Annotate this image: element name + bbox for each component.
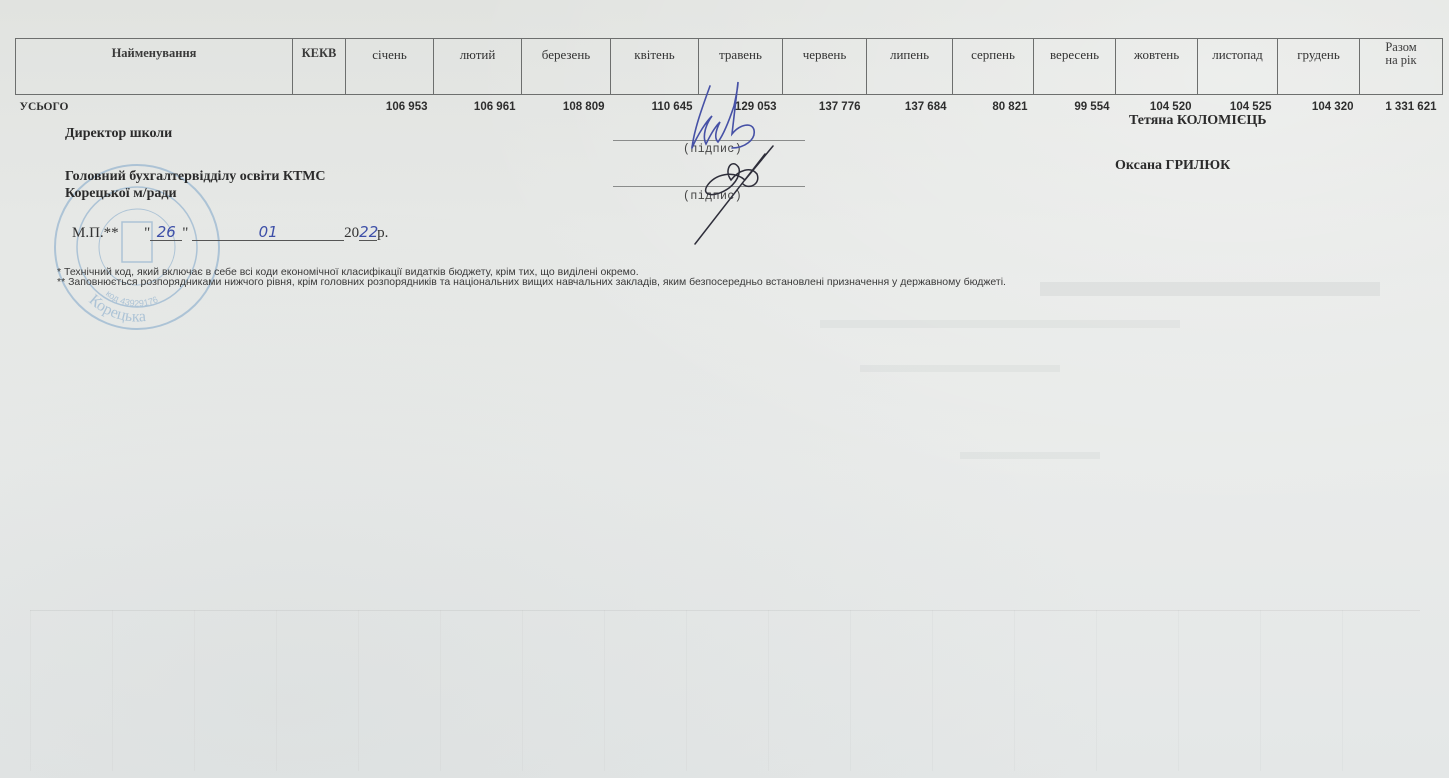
cell-july: 137 684 xyxy=(867,95,953,116)
year-prefix: 20 xyxy=(344,225,359,241)
header-month: березень xyxy=(522,39,611,95)
show-through-table xyxy=(30,610,1420,771)
header-month: травень xyxy=(699,39,783,95)
header-month: жовтень xyxy=(1116,39,1198,95)
svg-text:Корецька: Корецька xyxy=(85,291,146,325)
footnote-2: ** Заповнюється розпорядниками нижчого р… xyxy=(57,276,1006,288)
table-header-row: Найменування КЕКВ січень лютий березень … xyxy=(16,39,1443,95)
seal-label: М.П.** xyxy=(72,225,119,241)
director-signature-caption: (підпис) xyxy=(683,143,742,156)
cell-december: 104 320 xyxy=(1278,95,1360,116)
row-kekv xyxy=(293,95,346,116)
cell-april: 110 645 xyxy=(611,95,699,116)
year-end: р. xyxy=(377,225,388,241)
cell-march: 108 809 xyxy=(522,95,611,116)
director-signature-line xyxy=(613,140,805,141)
quote-close: " xyxy=(182,225,188,241)
accountant-role: Головний бухгалтервідділу освіти КТМС Ко… xyxy=(65,168,326,202)
header-month: лютий xyxy=(434,39,522,95)
stamp-text: Корецька xyxy=(85,291,146,325)
header-month: червень xyxy=(783,39,867,95)
budget-table: Найменування КЕКВ січень лютий березень … xyxy=(15,38,1443,115)
header-month: грудень xyxy=(1278,39,1360,95)
accountant-signature-caption: (підпис) xyxy=(683,190,742,203)
show-through-line xyxy=(860,365,1060,372)
header-month: січень xyxy=(346,39,434,95)
show-through-line xyxy=(960,452,1100,459)
header-month: липень xyxy=(867,39,953,95)
header-total-line2: на рік xyxy=(1385,53,1416,67)
header-month: вересень xyxy=(1034,39,1116,95)
date-day: 26 xyxy=(150,224,182,241)
cell-june: 137 776 xyxy=(783,95,867,116)
cell-september: 99 554 xyxy=(1034,95,1116,116)
cell-october: 104 520 xyxy=(1116,95,1198,116)
accountant-role-line1: Головний бухгалтервідділу освіти КТМС xyxy=(65,169,326,184)
director-role: Директор школи xyxy=(65,125,172,142)
accountant-role-line2: Корецької м/ради xyxy=(65,186,177,201)
row-label: УСЬОГО xyxy=(16,95,293,116)
cell-year-total: 1 331 621 xyxy=(1360,95,1443,116)
table-row-total: УСЬОГО 106 953 106 961 108 809 110 645 1… xyxy=(16,95,1443,116)
cell-november: 104 525 xyxy=(1198,95,1278,116)
header-month: серпень xyxy=(953,39,1034,95)
cell-august: 80 821 xyxy=(953,95,1034,116)
accountant-name: Оксана ГРИЛЮК xyxy=(1115,158,1230,174)
header-name: Найменування xyxy=(16,39,293,95)
header-total: Разом на рік xyxy=(1360,39,1443,95)
show-through-line xyxy=(820,320,1180,328)
header-month: листопад xyxy=(1198,39,1278,95)
date-year: 22 xyxy=(359,224,377,241)
date-row: М.П.** "26" 012022р. xyxy=(72,224,388,242)
stamp-code: код 43929176 xyxy=(104,288,159,308)
svg-text:код 43929176: код 43929176 xyxy=(104,288,159,308)
cell-january: 106 953 xyxy=(346,95,434,116)
cell-may: 129 053 xyxy=(699,95,783,116)
cell-february: 106 961 xyxy=(434,95,522,116)
show-through-heading xyxy=(1040,282,1380,296)
accountant-signature-line xyxy=(613,186,805,187)
date-month: 01 xyxy=(192,224,344,241)
director-name: Тетяна КОЛОМІЄЦЬ xyxy=(1129,113,1266,129)
header-kekv: КЕКВ xyxy=(293,39,346,95)
header-month: квітень xyxy=(611,39,699,95)
header-total-line1: Разом xyxy=(1385,40,1416,54)
